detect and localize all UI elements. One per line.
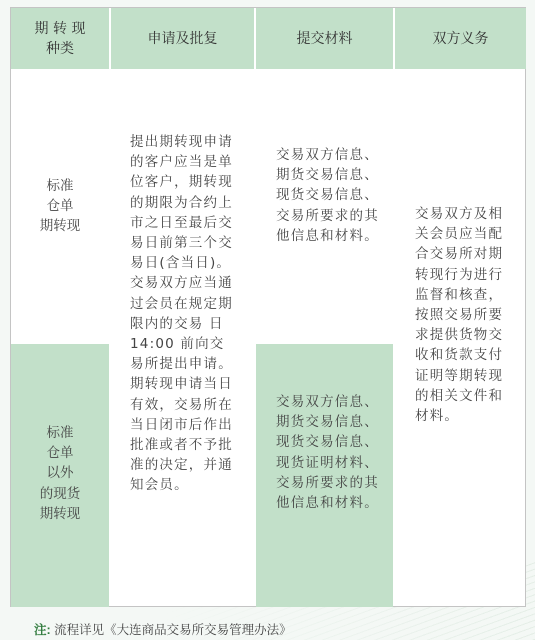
footnote: 注: 流程详见《大连商品交易所交易管理办法》 [34, 620, 292, 638]
obligations-text: 交易双方及相关会员应当配合交易所对期转现行为进行监督和核查，按照交易所要求提供货… [415, 204, 511, 426]
header-obligations: 双方义务 [395, 8, 526, 69]
footnote-label: 注: [34, 623, 51, 637]
header-type: 期 转 现 种类 [11, 8, 109, 69]
row1-materials: 交易双方信息、期货交易信息、现货交易信息、交易所要求的其他信息和材料。 [276, 145, 380, 246]
header-materials: 提交材料 [256, 8, 393, 69]
futures-for-physicals-table: 期 转 现 种类 申请及批复 提交材料 双方义务 标准 仓单 期转现 标准 仓单… [10, 7, 526, 607]
row2-materials: 交易双方信息、期货交易信息、现货交易信息、现货证明材料、交易所要求的其他信息和材… [276, 392, 380, 513]
row1-type: 标准 仓单 期转现 [11, 176, 109, 237]
row2-type: 标准 仓单 以外 的现货 期转现 [11, 423, 109, 524]
footnote-text: 流程详见《大连商品交易所交易管理办法》 [54, 623, 292, 637]
application-text: 提出期转现申请的客户应当是单位客户，期转现的期限为合约上市之日至最后交易日前第三… [130, 132, 234, 496]
header-application: 申请及批复 [111, 8, 254, 69]
